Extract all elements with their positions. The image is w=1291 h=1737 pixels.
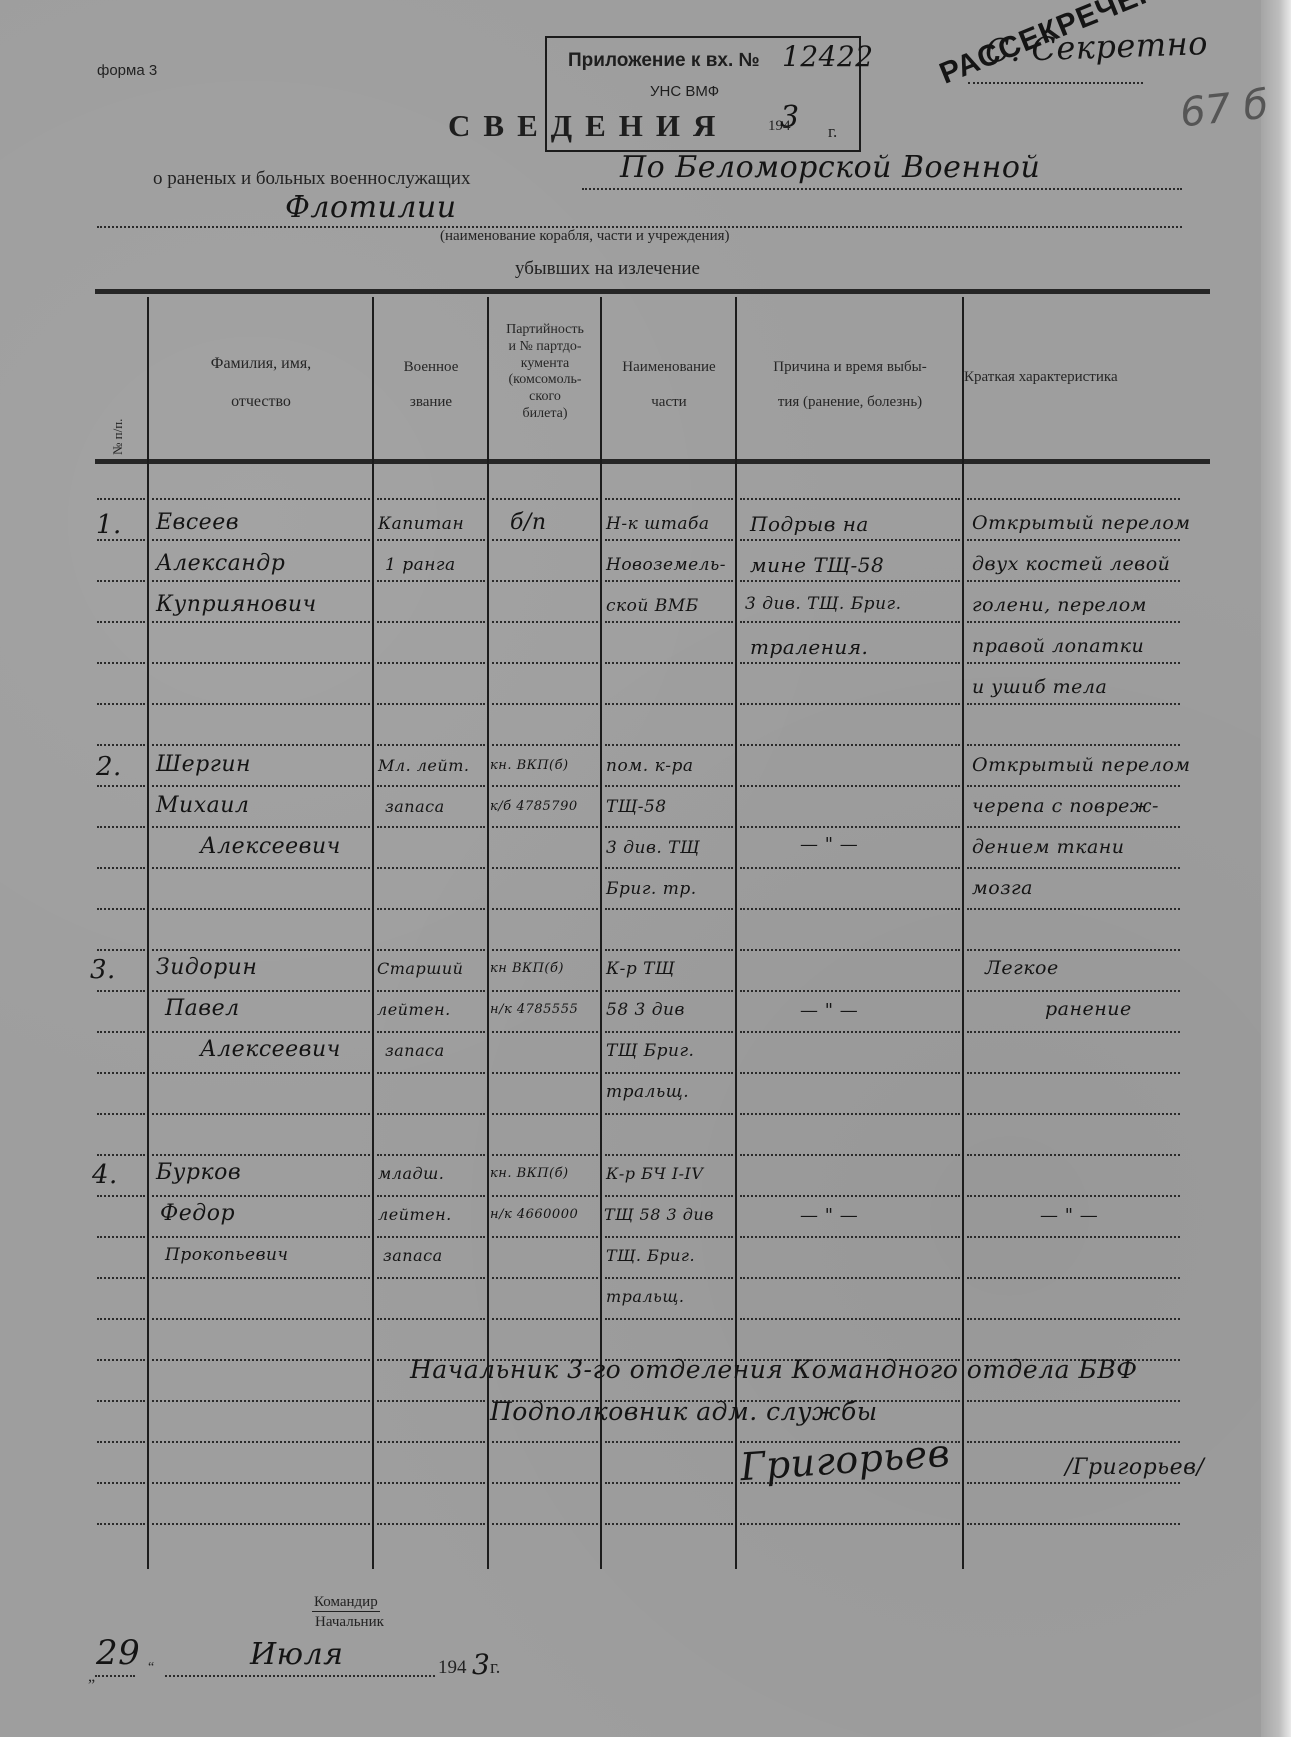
name-patronymic: Куприянович xyxy=(156,592,317,617)
summary: Легкое xyxy=(985,957,1059,979)
header-name: Фамилия, имя, отчество xyxy=(150,345,372,422)
document-title: СВЕДЕНИЯ xyxy=(448,108,728,144)
ruling-line xyxy=(152,580,370,582)
date-close-quote: “ xyxy=(148,1660,154,1676)
ruling-line xyxy=(967,785,1180,787)
ruling-line xyxy=(967,1236,1180,1238)
ruling-line xyxy=(492,1236,598,1238)
name-surname: Зидорин xyxy=(156,955,257,980)
ruling-line xyxy=(97,990,145,992)
ruling-line xyxy=(740,1113,960,1115)
rank: 1 ранга xyxy=(385,555,456,575)
ruling-line xyxy=(97,949,145,951)
summary: Открытый перелом xyxy=(972,512,1191,534)
ruling-line xyxy=(152,703,370,705)
date-year-suffix: г. xyxy=(490,1657,500,1679)
ruling-line xyxy=(740,662,960,664)
unit: ТЩ-58 xyxy=(606,797,667,817)
summary: и ушиб тела xyxy=(972,676,1107,698)
ruling-line xyxy=(967,1482,1180,1484)
ruling-line xyxy=(152,1318,370,1320)
ruling-line xyxy=(740,867,960,869)
ruling-line xyxy=(97,785,145,787)
ruling-line xyxy=(97,1441,145,1443)
ruling-line xyxy=(740,1523,960,1525)
ruling-line xyxy=(377,1277,485,1279)
rank: Капитан xyxy=(378,514,464,534)
ruling-line xyxy=(967,621,1180,623)
party: к/б 4785790 xyxy=(490,799,578,814)
ruling-line xyxy=(377,1482,485,1484)
name-first: Александр xyxy=(156,551,285,576)
party: кн. ВКП(б) xyxy=(490,1166,569,1181)
ruling-line xyxy=(740,703,960,705)
unit-handwritten-2: Флотилии xyxy=(285,190,457,225)
unit: тральщ. xyxy=(606,1287,684,1306)
ruling-line xyxy=(377,744,485,746)
rank: лейтен. xyxy=(378,1205,452,1224)
ruling-line xyxy=(97,1236,145,1238)
ruling-line xyxy=(605,1523,733,1525)
header-party: Партийность и № партдо- кумента (комсомо… xyxy=(489,322,601,423)
rank: Старший xyxy=(377,959,463,978)
row-number: 1. xyxy=(96,510,122,540)
header-name-line1: Фамилия, имя, xyxy=(150,345,372,383)
subtitle-suffix: убывших на излечение xyxy=(515,258,700,280)
header-unit-line2: части xyxy=(602,385,736,420)
ruling-line xyxy=(967,498,1180,500)
ruling-line xyxy=(152,1113,370,1115)
ruling-line xyxy=(605,744,733,746)
day-line xyxy=(95,1675,135,1677)
date-month: Июля xyxy=(250,1637,344,1672)
ruling-line xyxy=(740,826,960,828)
ruling-line xyxy=(740,1236,960,1238)
ruling-line xyxy=(492,908,598,910)
ruling-line xyxy=(605,990,733,992)
ruling-line xyxy=(967,1441,1180,1443)
ruling-line xyxy=(492,744,598,746)
signatory-rank: Подполковник адм. службы xyxy=(490,1397,878,1426)
ruling-line xyxy=(605,1031,733,1033)
ruling-line xyxy=(967,703,1180,705)
header-rank-line1: Военное xyxy=(375,350,487,385)
ruling-line xyxy=(97,1318,145,1320)
header-reason-line1: Причина и время выбы- xyxy=(737,350,963,385)
ruling-line xyxy=(97,1400,145,1402)
name-first: Михаил xyxy=(156,793,249,818)
summary-ditto: — " — xyxy=(1040,1205,1098,1226)
ruling-line xyxy=(740,1154,960,1156)
ruling-line xyxy=(492,1195,598,1197)
date-year-printed: 194 xyxy=(438,1657,467,1679)
ruling-line xyxy=(492,826,598,828)
name-first: Федор xyxy=(160,1201,235,1226)
unit: ТЩ 58 3 див xyxy=(604,1205,714,1224)
paper-edge xyxy=(1261,0,1291,1737)
ruling-line xyxy=(605,703,733,705)
ruling-line xyxy=(605,826,733,828)
ruling-line xyxy=(492,539,598,541)
name-patronymic: Алексеевич xyxy=(200,834,341,859)
unit: 58 3 див xyxy=(606,1000,685,1020)
ruling-line xyxy=(97,703,145,705)
rank: запаса xyxy=(383,1246,443,1265)
name-patronymic: Алексеевич xyxy=(200,1037,341,1062)
row-number: 3. xyxy=(90,955,116,985)
ruling-line xyxy=(605,908,733,910)
ruling-line xyxy=(605,1318,733,1320)
ruling-line xyxy=(377,785,485,787)
ruling-line xyxy=(492,785,598,787)
ruling-line xyxy=(152,1400,370,1402)
ruling-line xyxy=(152,539,370,541)
header-reason-line2: тия (ранение, болезнь) xyxy=(737,385,963,420)
ruling-line xyxy=(605,1113,733,1115)
ruling-line xyxy=(967,1154,1180,1156)
ruling-line xyxy=(152,867,370,869)
unit: К-р ТЩ xyxy=(606,959,675,979)
header-reason: Причина и время выбы- тия (ранение, боле… xyxy=(737,350,963,419)
unit-line-1 xyxy=(582,188,1182,190)
unit-caption: (наименование корабля, части и учреждени… xyxy=(440,228,730,245)
ruling-line xyxy=(492,1154,598,1156)
ruling-line xyxy=(97,1277,145,1279)
month-line xyxy=(165,1675,435,1677)
name-surname: Шергин xyxy=(156,752,251,777)
ruling-line xyxy=(97,1359,145,1361)
ruling-line xyxy=(97,1523,145,1525)
ruling-line xyxy=(152,662,370,664)
ruling-line xyxy=(97,867,145,869)
header-unit: Наименование части xyxy=(602,350,736,419)
col-divider-2 xyxy=(372,297,374,1569)
unit: пом. к-ра xyxy=(606,756,694,776)
ruling-line xyxy=(152,1441,370,1443)
ruling-line xyxy=(152,1154,370,1156)
unit: ТЩ Бриг. xyxy=(606,1041,694,1061)
ruling-line xyxy=(605,1482,733,1484)
ruling-line xyxy=(377,1195,485,1197)
ruling-line xyxy=(377,1400,485,1402)
ruling-line xyxy=(492,1277,598,1279)
party: н/к 4785555 xyxy=(490,1002,578,1017)
ruling-line xyxy=(377,539,485,541)
ruling-line xyxy=(152,990,370,992)
ruling-line xyxy=(492,949,598,951)
ruling-line xyxy=(740,1195,960,1197)
ruling-line xyxy=(492,662,598,664)
ruling-line xyxy=(97,621,145,623)
date-open-quote: „ xyxy=(88,1668,95,1686)
ruling-line xyxy=(152,1031,370,1033)
header-rank-line2: звание xyxy=(375,385,487,420)
stamp-appendix-label: Приложение к вх. № xyxy=(568,50,760,72)
ruling-line xyxy=(605,580,733,582)
ruling-line xyxy=(152,744,370,746)
party: н/к 4660000 xyxy=(490,1207,578,1222)
ruling-line xyxy=(377,1113,485,1115)
ruling-line xyxy=(605,785,733,787)
row-number: 4. xyxy=(92,1160,118,1190)
ruling-line xyxy=(605,1154,733,1156)
ruling-line xyxy=(740,1318,960,1320)
ruling-line xyxy=(492,621,598,623)
unit: Н-к штаба xyxy=(606,514,710,534)
unit: ской ВМБ xyxy=(606,596,699,616)
header-rank: Военное звание xyxy=(375,350,487,419)
ruling-line xyxy=(492,703,598,705)
header-number: № п/п. xyxy=(110,419,126,455)
header-party-line: Партийность xyxy=(489,322,601,339)
ruling-line xyxy=(377,580,485,582)
ruling-line xyxy=(492,1523,598,1525)
ruling-line xyxy=(492,1031,598,1033)
ruling-line xyxy=(377,703,485,705)
ruling-line xyxy=(967,990,1180,992)
ruling-line xyxy=(152,908,370,910)
ruling-line xyxy=(377,621,485,623)
ruling-line xyxy=(152,785,370,787)
summary: дением ткани xyxy=(972,836,1125,858)
summary: правой лопатки xyxy=(972,635,1144,657)
summary: голени, перелом xyxy=(972,594,1147,616)
ruling-line xyxy=(967,1072,1180,1074)
ruling-line xyxy=(492,580,598,582)
name-surname: Евсеев xyxy=(156,510,239,535)
unit: Бриг. тр. xyxy=(606,879,697,899)
ruling-line xyxy=(605,662,733,664)
ruling-line xyxy=(97,1195,145,1197)
ruling-line xyxy=(377,990,485,992)
ruling-line xyxy=(605,498,733,500)
ruling-line xyxy=(377,1523,485,1525)
ruling-line xyxy=(740,580,960,582)
folio-number: 67 б xyxy=(1178,82,1271,137)
ruling-line xyxy=(97,662,145,664)
ruling-line xyxy=(377,662,485,664)
form-label: форма 3 xyxy=(97,62,157,79)
party: б/п xyxy=(510,510,547,535)
ruling-line xyxy=(967,580,1180,582)
rank: лейтен. xyxy=(377,1000,451,1019)
name-surname: Бурков xyxy=(156,1160,241,1185)
ruling-line xyxy=(97,1031,145,1033)
header-party-line: кумента xyxy=(489,356,601,373)
ruling-line xyxy=(967,1195,1180,1197)
unit: Новоземель- xyxy=(606,555,726,575)
ruling-line xyxy=(967,826,1180,828)
ruling-line xyxy=(740,949,960,951)
date-day: 29 xyxy=(96,1633,140,1673)
ruling-line xyxy=(967,662,1180,664)
ruling-line xyxy=(492,498,598,500)
ruling-line xyxy=(605,867,733,869)
summary: ранение xyxy=(1045,998,1132,1020)
header-unit-line1: Наименование xyxy=(602,350,736,385)
reason: Подрыв на xyxy=(750,512,869,536)
ruling-line xyxy=(97,1072,145,1074)
ruling-line xyxy=(97,744,145,746)
rank: запаса xyxy=(385,1041,445,1060)
ruling-line xyxy=(967,539,1180,541)
ruling-line xyxy=(605,1441,733,1443)
stamp-number: 12422 xyxy=(782,40,874,73)
ruling-line xyxy=(152,1277,370,1279)
header-party-line: (комсомоль- xyxy=(489,372,601,389)
ruling-line xyxy=(377,1154,485,1156)
ruling-line xyxy=(605,1236,733,1238)
ruling-line xyxy=(740,744,960,746)
rank: Мл. лейт. xyxy=(378,756,469,775)
reason: мине ТЩ-58 xyxy=(750,553,884,577)
party: кн. ВКП(б) xyxy=(490,758,569,773)
ruling-line xyxy=(377,949,485,951)
ruling-line xyxy=(377,908,485,910)
header-party-line: ского xyxy=(489,389,601,406)
unit: К-р БЧ I-IV xyxy=(606,1164,703,1183)
ruling-line xyxy=(152,949,370,951)
ruling-line xyxy=(492,1441,598,1443)
ruling-line xyxy=(377,1441,485,1443)
secrecy-underline xyxy=(968,82,1143,84)
ruling-line xyxy=(492,1482,598,1484)
ruling-line xyxy=(605,1195,733,1197)
footer-title-commander: Командир xyxy=(312,1594,380,1612)
ruling-line xyxy=(740,498,960,500)
signatory-position: Начальник 3-го отделения Командного отде… xyxy=(410,1355,1137,1384)
ruling-line xyxy=(152,1195,370,1197)
ruling-line xyxy=(377,867,485,869)
ruling-line xyxy=(605,1277,733,1279)
rank: младш. xyxy=(378,1164,444,1183)
unit-handwritten-1: По Беломорской Военной xyxy=(620,150,1040,185)
header-name-line2: отчество xyxy=(150,383,372,421)
ruling-line xyxy=(152,1523,370,1525)
row-number: 2. xyxy=(96,752,122,782)
ruling-line xyxy=(97,1154,145,1156)
title-year-handwritten: 3 xyxy=(780,100,800,135)
table-top-rule xyxy=(95,289,1210,294)
summary: черепа с повреж- xyxy=(972,795,1159,817)
reason-ditto: — " — xyxy=(800,1205,858,1226)
ruling-line xyxy=(740,1277,960,1279)
subtitle-prefix: о раненых и больных военнослужащих xyxy=(153,168,470,190)
ruling-line xyxy=(152,1359,370,1361)
ruling-line xyxy=(967,908,1180,910)
ruling-line xyxy=(967,744,1180,746)
ruling-line xyxy=(967,1318,1180,1320)
ruling-line xyxy=(152,1236,370,1238)
col-divider-1 xyxy=(147,297,149,1569)
ruling-line xyxy=(492,990,598,992)
ruling-line xyxy=(152,1072,370,1074)
summary: мозга xyxy=(972,877,1033,899)
ruling-line xyxy=(605,1072,733,1074)
ruling-line xyxy=(152,1482,370,1484)
ruling-line xyxy=(152,826,370,828)
title-year-suffix: г. xyxy=(828,122,837,142)
ruling-line xyxy=(740,990,960,992)
ruling-line xyxy=(605,621,733,623)
ruling-line xyxy=(492,1318,598,1320)
ruling-line xyxy=(967,867,1180,869)
ruling-line xyxy=(97,1482,145,1484)
ruling-line xyxy=(967,1113,1180,1115)
ruling-line xyxy=(492,867,598,869)
ruling-line xyxy=(377,498,485,500)
header-summary: Краткая характеристика xyxy=(964,367,1209,387)
reason-ditto: — " — xyxy=(800,834,858,855)
ruling-line xyxy=(605,949,733,951)
ruling-line xyxy=(740,908,960,910)
reason: 3 див. ТЩ. Бриг. xyxy=(745,594,902,614)
name-first: Павел xyxy=(165,996,240,1021)
ruling-line xyxy=(605,539,733,541)
ruling-line xyxy=(97,580,145,582)
ruling-line xyxy=(97,498,145,500)
ruling-line xyxy=(967,1523,1180,1525)
ruling-line xyxy=(492,1072,598,1074)
header-party-line: билета) xyxy=(489,406,601,423)
summary: двух костей левой xyxy=(972,553,1170,575)
ruling-line xyxy=(377,1318,485,1320)
ruling-line xyxy=(967,1400,1180,1402)
ruling-line xyxy=(492,1113,598,1115)
ruling-line xyxy=(740,539,960,541)
ruling-line xyxy=(967,1277,1180,1279)
ruling-line xyxy=(377,826,485,828)
signatory-name: /Григорьев/ xyxy=(1065,1455,1204,1480)
ruling-line xyxy=(967,949,1180,951)
table-header-rule xyxy=(95,459,1210,464)
summary: Открытый перелом xyxy=(972,754,1191,776)
rank: запаса xyxy=(385,797,445,816)
party: кн ВКП(б) xyxy=(490,961,564,976)
ruling-line xyxy=(740,1031,960,1033)
ruling-line xyxy=(97,826,145,828)
ruling-line xyxy=(740,1072,960,1074)
date-year-handwritten: 3 xyxy=(472,1648,490,1681)
stamp-department: УНС ВМФ xyxy=(650,83,719,100)
ruling-line xyxy=(97,908,145,910)
ruling-line xyxy=(740,785,960,787)
footer-title-chief: Начальник xyxy=(315,1614,384,1631)
ruling-line xyxy=(377,1031,485,1033)
ruling-line xyxy=(97,1113,145,1115)
reason-ditto: — " — xyxy=(800,1000,858,1021)
ruling-line xyxy=(967,1031,1180,1033)
unit: 3 див. ТЩ xyxy=(606,838,700,858)
ruling-line xyxy=(377,1072,485,1074)
reason: траления. xyxy=(750,635,868,659)
name-patronymic: Прокопьевич xyxy=(165,1245,289,1265)
ruling-line xyxy=(377,1236,485,1238)
ruling-line xyxy=(740,621,960,623)
ruling-line xyxy=(152,498,370,500)
ruling-line xyxy=(152,621,370,623)
header-party-line: и № партдо- xyxy=(489,339,601,356)
unit: ТЩ. Бриг. xyxy=(606,1246,695,1265)
unit: тральщ. xyxy=(606,1082,689,1102)
